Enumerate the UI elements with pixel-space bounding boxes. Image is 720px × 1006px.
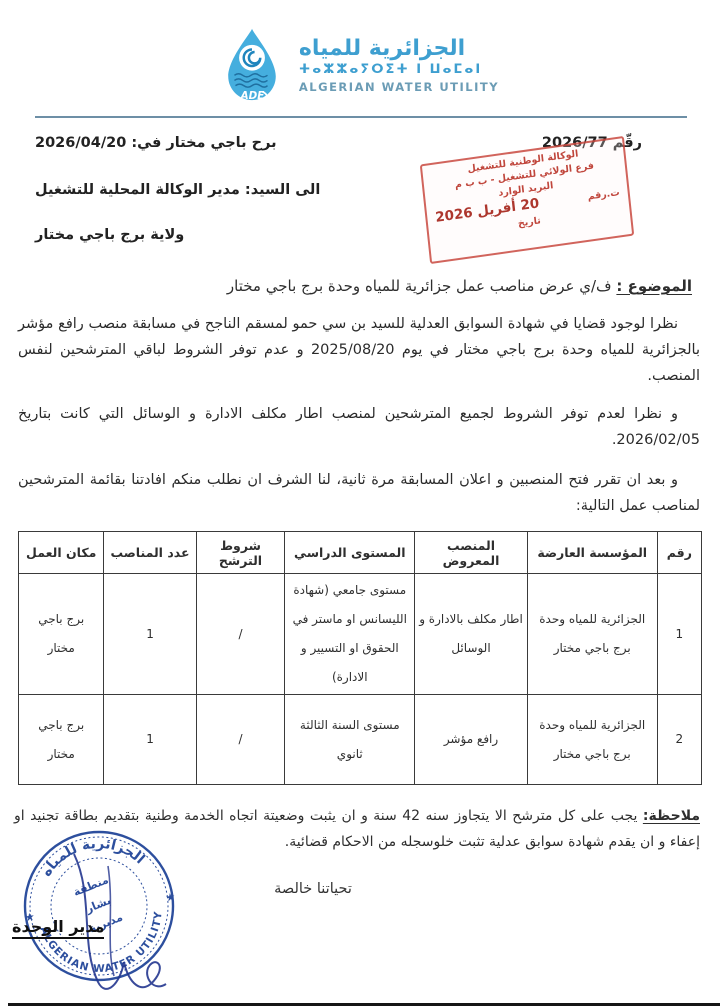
stamp-center-line2: بشار xyxy=(83,894,113,916)
note-label: ملاحظة: xyxy=(643,808,700,824)
brand-name-arabic: الجزائرية للمياه xyxy=(299,36,499,61)
wilaya-line: ولاية برج باجي مختار xyxy=(35,227,184,243)
subject-label: الموضوع : xyxy=(616,277,692,295)
cell-institution: الجزائرية للمياه وحدة برج باجي مختار xyxy=(527,695,657,785)
subject-line: الموضوع : ف/ي عرض مناصب عمل جزائرية للمي… xyxy=(28,277,692,295)
logo-ade-text: ADE xyxy=(240,90,265,102)
col-work-place: مكان العمل xyxy=(19,532,104,574)
ade-water-drop-logo: ADE xyxy=(221,26,283,106)
col-conditions: شروط الترشح xyxy=(196,532,285,574)
header-separator-line xyxy=(35,116,687,118)
cell-work-place: برج باجي مختار xyxy=(19,695,104,785)
recipient-line: الى السيد: مدير الوكالة المحلية للتشغيل xyxy=(35,182,320,198)
cell-number: 1 xyxy=(657,574,701,695)
col-education-level: المستوى الدراسي xyxy=(285,532,415,574)
stamp-arc-top-text: الجزائرية للمياه xyxy=(35,829,149,881)
col-positions-count: عدد المناصب xyxy=(104,532,196,574)
stamp-star-right-icon: ★ xyxy=(165,890,177,904)
place-and-date: برح باجي مختار في: 2026/04/20 xyxy=(35,135,277,151)
cell-position: اطار مكلف بالادارة و الوسائل xyxy=(415,574,528,695)
cell-conditions: / xyxy=(196,695,285,785)
paragraph-1: نظرا لوجود قضايا في شهادة السوابق العدلي… xyxy=(18,311,700,389)
subject-text: ف/ي عرض مناصب عمل جزائرية للمياه وحدة بر… xyxy=(227,277,616,295)
cell-positions-count: 1 xyxy=(104,695,196,785)
cell-education-level: مستوى السنة الثالثة ثانوي xyxy=(285,695,415,785)
received-ink-stamp: الوكالة الوطنية للتشغيل فرع الولائي للتش… xyxy=(420,136,634,264)
stamp-number-label: ت.رقم xyxy=(587,186,620,204)
table-row: 1 الجزائرية للمياه وحدة برج باجي مختار ا… xyxy=(19,574,702,695)
brand-name-english: ALGERIAN WATER UTILITY xyxy=(299,79,499,96)
cell-conditions: / xyxy=(196,574,285,695)
director-round-stamp: الجزائرية للمياه ALGERIAN WATER UTILITY … xyxy=(4,826,204,1006)
letterhead: ADE الجزائرية للمياه ⵜⴰⵣⵣⴰⵢⵔⵉⵜ ⵏ ⵡⴰⵎⴰⵏ A… xyxy=(0,26,720,106)
signer-title: مدير الوحدة xyxy=(12,917,104,939)
cell-education-level: مستوى جامعي (شهادة الليسانس او ماستر في … xyxy=(285,574,415,695)
paragraph-3: و بعد ان تقرر فتح المنصبين و اعلان المسا… xyxy=(18,467,700,519)
col-number: رقم xyxy=(657,532,701,574)
col-position: المنصب المعروض xyxy=(415,532,528,574)
cell-institution: الجزائرية للمياه وحدة برج باجي مختار xyxy=(527,574,657,695)
job-positions-table: رقم المؤسسة العارضة المنصب المعروض المست… xyxy=(18,531,702,785)
table-row: 2 الجزائرية للمياه وحدة برج باجي مختار ر… xyxy=(19,695,702,785)
col-institution: المؤسسة العارضة xyxy=(527,532,657,574)
cell-position: رافع مؤشر xyxy=(415,695,528,785)
brand-name-tifinagh: ⵜⴰⵣⵣⴰⵢⵔⵉⵜ ⵏ ⵡⴰⵎⴰⵏ xyxy=(299,61,499,79)
brand-text-block: الجزائرية للمياه ⵜⴰⵣⵣⴰⵢⵔⵉⵜ ⵏ ⵡⴰⵎⴰⵏ ALGER… xyxy=(299,36,499,97)
cell-positions-count: 1 xyxy=(104,574,196,695)
closing-salutation: تحياتنا خالصة xyxy=(228,881,398,897)
cell-number: 2 xyxy=(657,695,701,785)
cell-work-place: برج باجي مختار xyxy=(19,574,104,695)
paragraph-2: و نظرا لعدم توفر الشروط لجميع المترشحين … xyxy=(18,401,700,453)
table-header-row: رقم المؤسسة العارضة المنصب المعروض المست… xyxy=(19,532,702,574)
svg-text:الجزائرية للمياه: الجزائرية للمياه xyxy=(35,829,149,881)
